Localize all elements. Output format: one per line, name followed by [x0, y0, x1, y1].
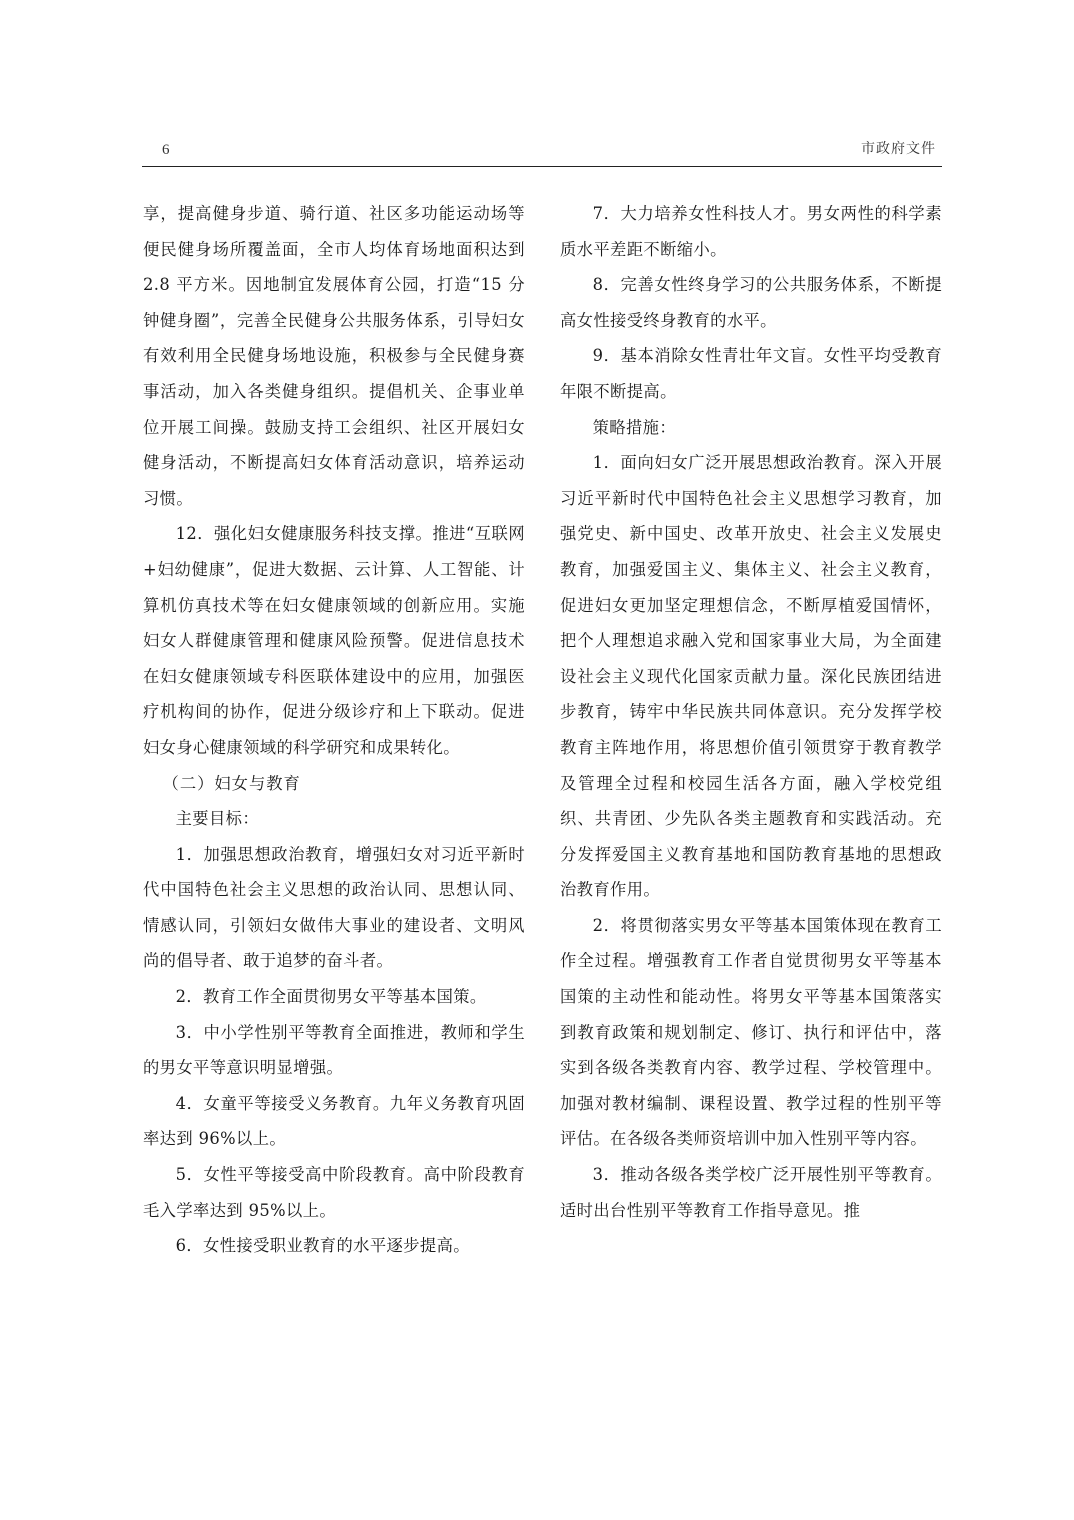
strategy-item-2: 2．将贯彻落实男女平等基本国策体现在教育工作全过程。增强教育工作者自觉贯彻男女平… — [560, 908, 942, 1157]
goal-item-9: 9．基本消除女性青壮年文盲。女性平均受教育年限不断提高。 — [560, 338, 942, 409]
goal-item-1: 1．加强思想政治教育，增强妇女对习近平新时代中国特色社会主义思想的政治认同、思想… — [143, 837, 525, 979]
goal-item-3: 3．中小学性别平等教育全面推进，教师和学生的男女平等意识明显增强。 — [143, 1015, 525, 1086]
goal-item-2: 2．教育工作全面贯彻男女平等基本国策。 — [143, 979, 525, 1015]
right-column: 7．大力培养女性科技人才。男女两性的科学素质水平差距不断缩小。 8．完善女性终身… — [560, 196, 942, 1228]
page-header: 6 市政府文件 — [142, 138, 942, 167]
paragraph-fitness-continued: 享，提高健身步道、骑行道、社区多功能运动场等便民健身场所覆盖面，全市人均体育场地… — [143, 196, 525, 516]
document-source-title: 市政府文件 — [861, 138, 936, 158]
paragraph-item-12: 12．强化妇女健康服务科技支撑。推进“互联网+妇幼健康”，促进大数据、云计算、人… — [143, 516, 525, 765]
goal-item-4: 4．女童平等接受义务教育。九年义务教育巩固率达到 96%以上。 — [143, 1086, 525, 1157]
strategy-item-1: 1．面向妇女广泛开展思想政治教育。深入开展习近平新时代中国特色社会主义思想学习教… — [560, 445, 942, 908]
left-column: 享，提高健身步道、骑行道、社区多功能运动场等便民健身场所覆盖面，全市人均体育场地… — [143, 196, 525, 1264]
page-number: 6 — [162, 142, 170, 159]
subheading-main-goals: 主要目标： — [143, 801, 525, 837]
goal-item-7: 7．大力培养女性科技人才。男女两性的科学素质水平差距不断缩小。 — [560, 196, 942, 267]
goal-item-5: 5．女性平等接受高中阶段教育。高中阶段教育毛入学率达到 95%以上。 — [143, 1157, 525, 1228]
strategy-item-3: 3．推动各级各类学校广泛开展性别平等教育。适时出台性别平等教育工作指导意见。推 — [560, 1157, 942, 1228]
goal-item-8: 8．完善女性终身学习的公共服务体系，不断提高女性接受终身教育的水平。 — [560, 267, 942, 338]
section-heading-women-education: （二）妇女与教育 — [143, 766, 525, 802]
subheading-strategies: 策略措施： — [560, 410, 942, 446]
goal-item-6: 6．女性接受职业教育的水平逐步提高。 — [143, 1228, 525, 1264]
